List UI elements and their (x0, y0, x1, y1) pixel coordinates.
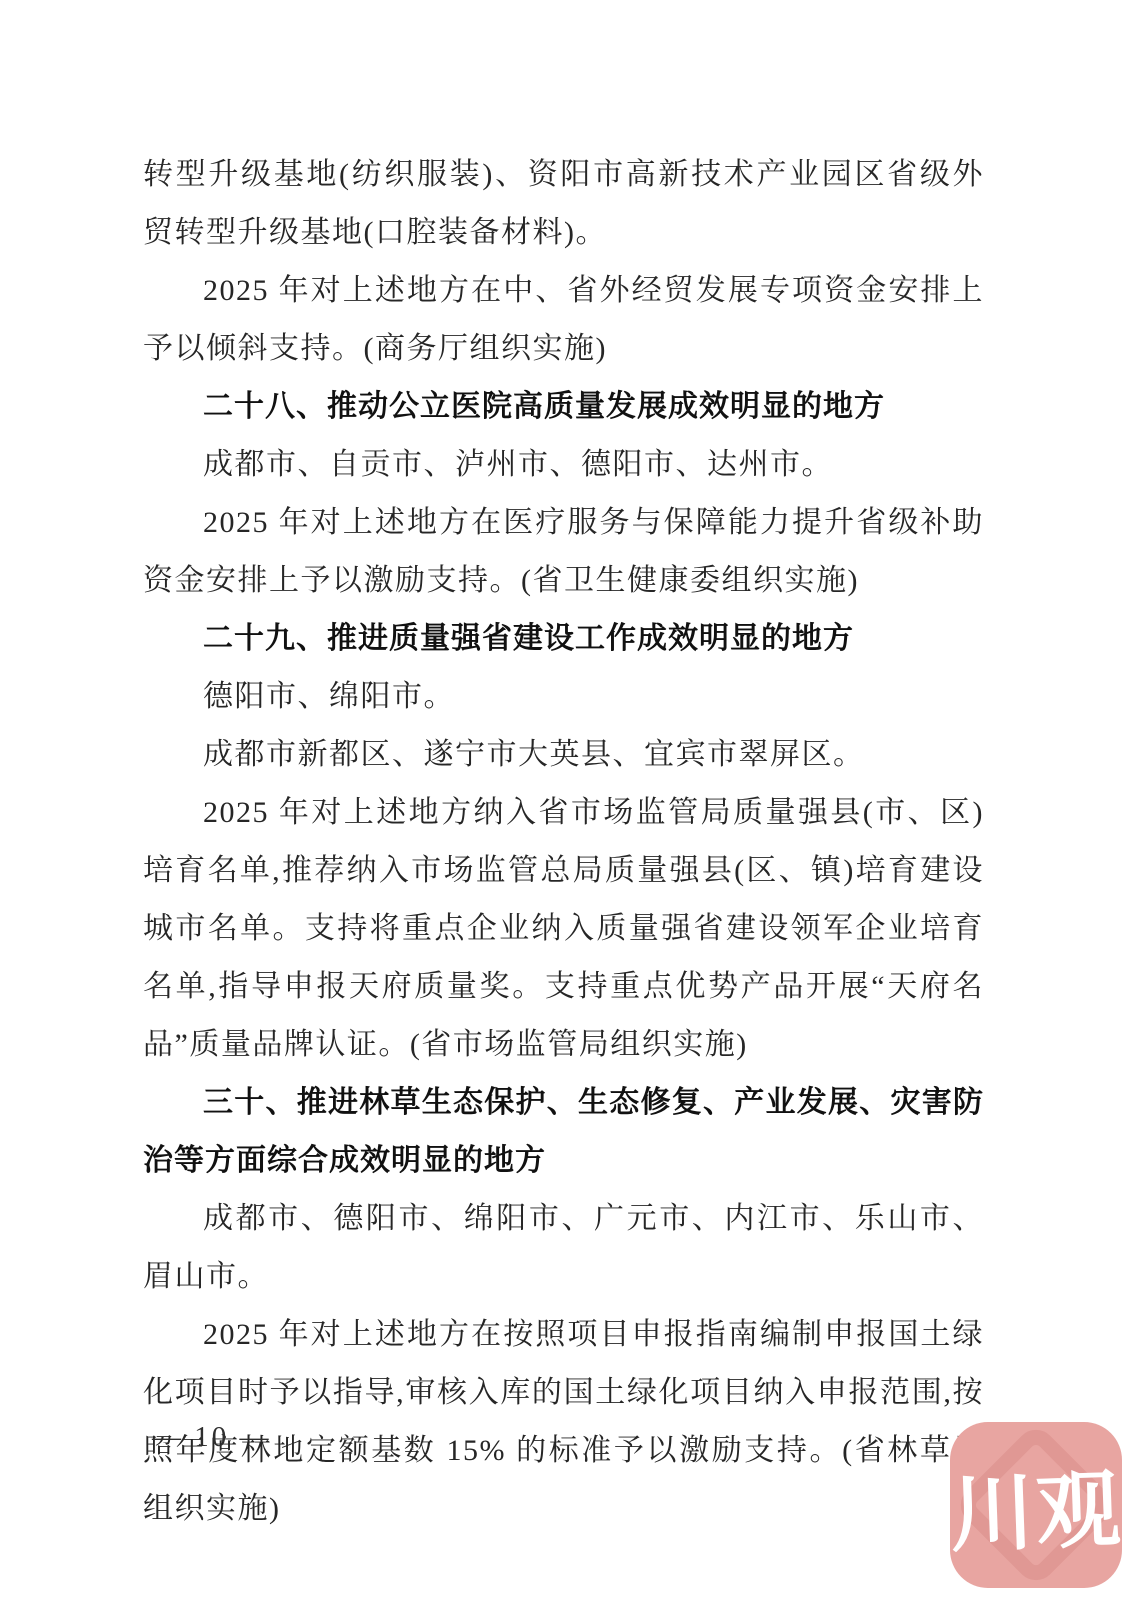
document-page: 转型升级基地(纺织服装)、资阳市高新技术产业园区省级外贸转型升级基地(口腔装备材… (0, 0, 1131, 1600)
document-body: 转型升级基地(纺织服装)、资阳市高新技术产业园区省级外贸转型升级基地(口腔装备材… (143, 146, 984, 1538)
section-heading: 二十八、推动公立医院高质量发展成效明显的地方 (143, 378, 984, 436)
paragraph: 成都市、自贡市、泸州市、德阳市、达州市。 (143, 436, 984, 494)
paragraph: 2025 年对上述地方纳入省市场监管局质量强县(市、区)培育名单,推荐纳入市场监… (143, 784, 984, 1074)
section-heading: 三十、推进林草生态保护、生态修复、产业发展、灾害防治等方面综合成效明显的地方 (143, 1074, 984, 1190)
chuanguan-logo-text: 川观 (950, 1422, 1122, 1588)
paragraph: 2025 年对上述地方在中、省外经贸发展专项资金安排上予以倾斜支持。(商务厅组织… (143, 262, 984, 378)
paragraph: 成都市新都区、遂宁市大英县、宜宾市翠屏区。 (143, 726, 984, 784)
page-number: — 10 — (152, 1414, 272, 1460)
chuanguan-watermark-badge: 川观 (950, 1422, 1122, 1588)
paragraph: 2025 年对上述地方在医疗服务与保障能力提升省级补助资金安排上予以激励支持。(… (143, 494, 984, 610)
paragraph: 转型升级基地(纺织服装)、资阳市高新技术产业园区省级外贸转型升级基地(口腔装备材… (143, 146, 984, 262)
paragraph: 德阳市、绵阳市。 (143, 668, 984, 726)
section-heading: 二十九、推进质量强省建设工作成效明显的地方 (143, 610, 984, 668)
paragraph: 成都市、德阳市、绵阳市、广元市、内江市、乐山市、眉山市。 (143, 1190, 984, 1306)
